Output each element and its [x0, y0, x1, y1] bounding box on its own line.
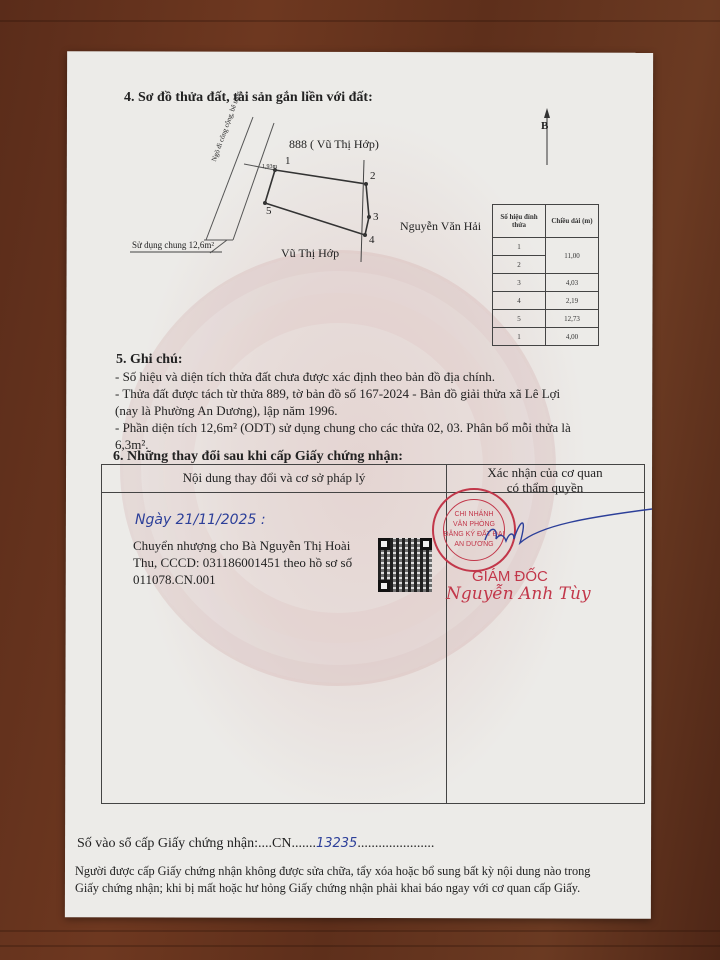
entry-line: 011078.CN.001: [133, 571, 369, 588]
notes: - Số hiệu và diện tích thửa đất chưa đượ…: [115, 368, 635, 453]
dim-label: 1,93m: [262, 164, 277, 170]
col-header-confirm-line1: Xác nhận của cơ quan: [446, 465, 644, 480]
signature: [480, 505, 655, 555]
table-cell: 2,19: [546, 292, 599, 310]
vertex-5: 5: [266, 205, 272, 217]
warning-text: Người được cấp Giấy chứng nhận không đượ…: [75, 863, 590, 897]
shared-use-label: Sử dụng chung 12,6m²: [132, 240, 214, 250]
table-header: Số hiệu đỉnh thửa: [493, 205, 546, 238]
register-number-line: Số vào sổ cấp Giấy chứng nhận:....CN....…: [77, 836, 434, 852]
note-line: - Thửa đất được tách từ thửa 889, tờ bản…: [115, 385, 635, 402]
table-cell: 12,73: [546, 310, 599, 328]
table-cell: 2: [493, 256, 546, 274]
qr-code: [378, 538, 432, 592]
change-entry: Chuyển nhượng cho Bà Nguyễn Thị Hoài Thu…: [133, 537, 369, 588]
warning-line: Giấy chứng nhận; khi bị mất hoặc hư hỏng…: [75, 880, 590, 897]
col-header-content: Nội dung thay đổi và cơ sở pháp lý: [102, 470, 446, 486]
note-line: - Số hiệu và diện tích thửa đất chưa đượ…: [115, 368, 635, 385]
vertex-4: 4: [369, 234, 375, 246]
signer-name: Nguyễn Anh Tùy: [446, 584, 591, 604]
table-cell: 1: [493, 238, 546, 256]
edge-length-table: Số hiệu đỉnh thửa Chiều dài (m) 111,00 2…: [492, 204, 599, 346]
table-cell: 4,00: [546, 328, 599, 346]
neighbor-south: Vũ Thị Hớp: [281, 246, 339, 261]
table-cell: 3: [493, 274, 546, 292]
register-label: Số vào sổ cấp Giấy chứng nhận:....CN....…: [77, 836, 316, 851]
table-cell: 4: [493, 292, 546, 310]
table-cell: 4,03: [546, 274, 599, 292]
table-cell: 11,00: [546, 238, 599, 274]
note-line: (nay là Phường An Dương), lập năm 1996.: [115, 402, 635, 419]
north-label: B: [541, 120, 548, 132]
section6-title: 6. Những thay đổi sau khi cấp Giấy chứng…: [113, 449, 403, 465]
table-cell: 5: [493, 310, 546, 328]
entry-line: Thu, CCCD: 031186001451 theo hồ sơ số: [133, 554, 369, 571]
vertex-3: 3: [373, 211, 379, 223]
handwritten-date: Ngày 21/11/2025 :: [135, 512, 266, 528]
director-title: GIÁM ĐỐC: [472, 568, 548, 585]
section5-title: 5. Ghi chú:: [116, 352, 183, 368]
register-trailing: ......................: [357, 836, 434, 851]
table-cell: 1: [493, 328, 546, 346]
table-header: Chiều dài (m): [546, 205, 599, 238]
warning-line: Người được cấp Giấy chứng nhận không đượ…: [75, 863, 590, 880]
register-number: 13235: [316, 836, 357, 851]
neighbor-east: Nguyễn Văn Hải: [400, 219, 481, 234]
vertex-2: 2: [370, 170, 376, 182]
entry-line: Chuyển nhượng cho Bà Nguyễn Thị Hoài: [133, 537, 369, 554]
note-line: - Phần diện tích 12,6m² (ODT) sử dụng ch…: [115, 419, 635, 436]
vertex-1: 1: [285, 155, 291, 167]
neighbor-north: 888 ( Vũ Thị Hớp): [289, 137, 379, 152]
